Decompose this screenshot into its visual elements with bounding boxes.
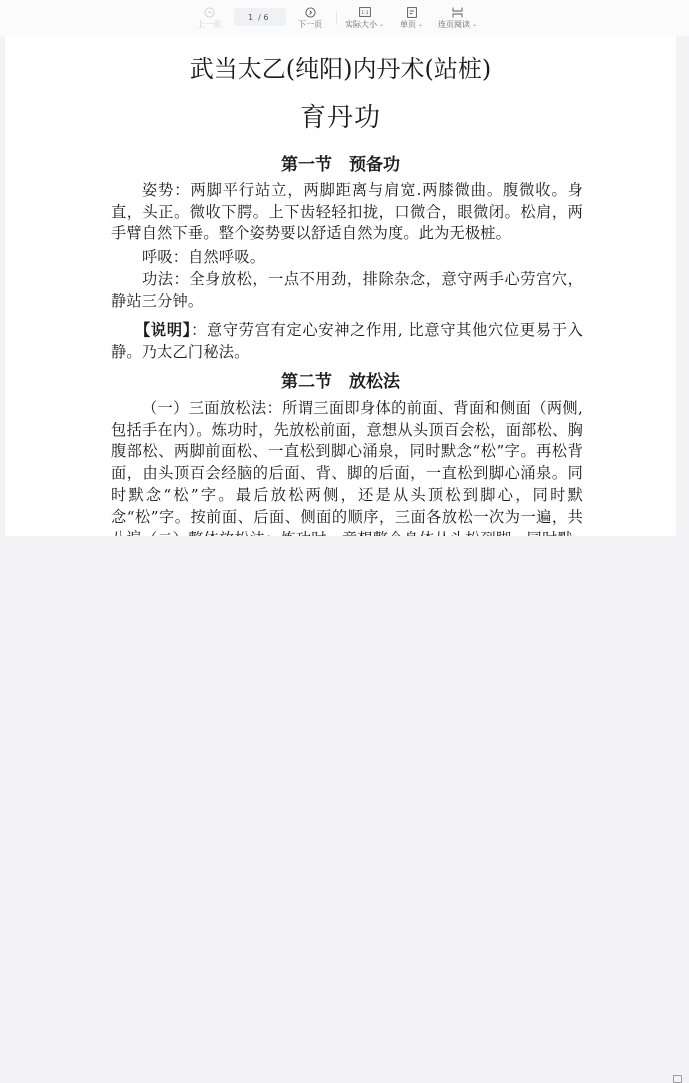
status-bar xyxy=(0,536,689,550)
actual-size-label: 实际大小 xyxy=(345,19,377,30)
section-heading: 第一节 预备功 xyxy=(5,154,676,176)
viewer-toolbar: 上一页 1 / 6 下一页 1:1 实际大小⌄ 单页⌄ 连页阅读⌄ xyxy=(0,0,689,36)
document-page: 武当太乙(纯阳)内丹术(站桩) 育丹功 第一节 预备功 姿势：两脚平行站立，两脚… xyxy=(5,36,676,550)
prev-page-button[interactable]: 上一页 xyxy=(197,6,221,30)
chevron-up-circle-icon xyxy=(204,6,215,18)
single-page-button[interactable]: 单页⌄ xyxy=(400,6,423,30)
paragraph-breathing: 呼吸：自然呼吸。 xyxy=(111,247,583,269)
next-page-label: 下一页 xyxy=(298,19,322,30)
actual-size-button[interactable]: 1:1 实际大小⌄ xyxy=(345,6,384,30)
scrollbar-track[interactable] xyxy=(676,36,689,550)
svg-text:1:1: 1:1 xyxy=(361,10,368,16)
document-title: 武当太乙(纯阳)内丹术(站桩) xyxy=(5,54,676,84)
section-heading: 第二节 放松法 xyxy=(5,371,676,393)
chevron-down-icon: ⌄ xyxy=(379,21,384,28)
note-paragraph: 【说明】：意守劳宫有定心安神之作用, 比意守其他穴位更易于入静。乃太乙门秘法。 xyxy=(111,320,583,363)
continuous-reading-button[interactable]: 连页阅读⌄ xyxy=(438,6,477,30)
actual-size-icon: 1:1 xyxy=(359,6,371,18)
note-label: 【说明】 xyxy=(135,321,191,339)
chevron-down-icon: ⌄ xyxy=(418,21,423,28)
page-indicator-text: 1 / 6 xyxy=(248,13,269,22)
chevron-down-circle-icon xyxy=(305,6,316,18)
continuous-pages-icon xyxy=(452,6,463,18)
page-number-input[interactable]: 1 / 6 xyxy=(234,8,286,26)
single-page-icon xyxy=(407,6,417,18)
toolbar-divider xyxy=(336,11,337,25)
paragraph-three-sides: （一）三面放松法：所谓三面即身体的前面、背面和侧面（两侧,包括手在内）。炼功时，… xyxy=(111,398,583,550)
continuous-reading-label: 连页阅读 xyxy=(438,19,470,30)
prev-page-label: 上一页 xyxy=(197,19,221,30)
single-page-label: 单页 xyxy=(400,19,416,30)
chevron-down-icon: ⌄ xyxy=(472,21,477,28)
paragraph-posture: 姿势：两脚平行站立，两脚距离与肩宽.两膝微曲。腹微收。身直，头正。微收下腭。上下… xyxy=(111,180,583,245)
document-subtitle: 育丹功 xyxy=(5,102,676,134)
paragraph-method: 功法：全身放松，一点不用劲，排除杂念，意守两手心劳宫穴，静站三分钟。 xyxy=(111,269,583,312)
next-page-button[interactable]: 下一页 xyxy=(298,6,322,30)
